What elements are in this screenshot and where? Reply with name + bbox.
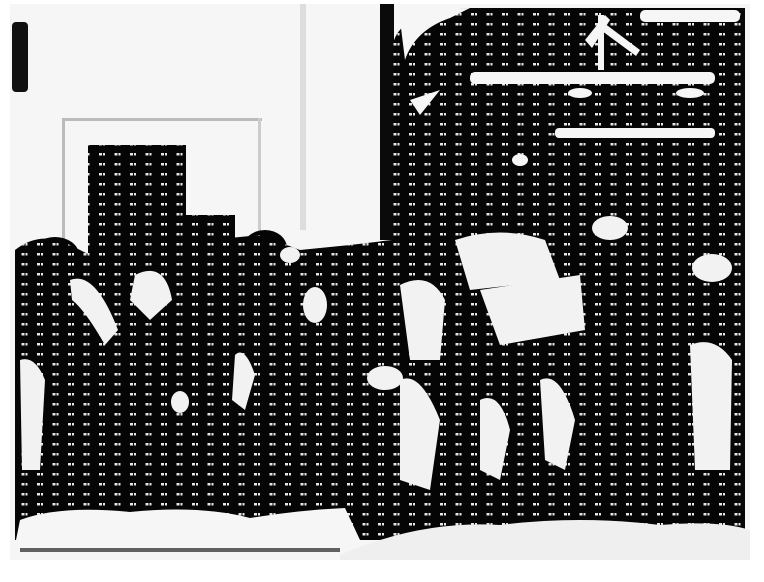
film-still-graphic [0, 0, 764, 582]
film-still [0, 0, 764, 582]
